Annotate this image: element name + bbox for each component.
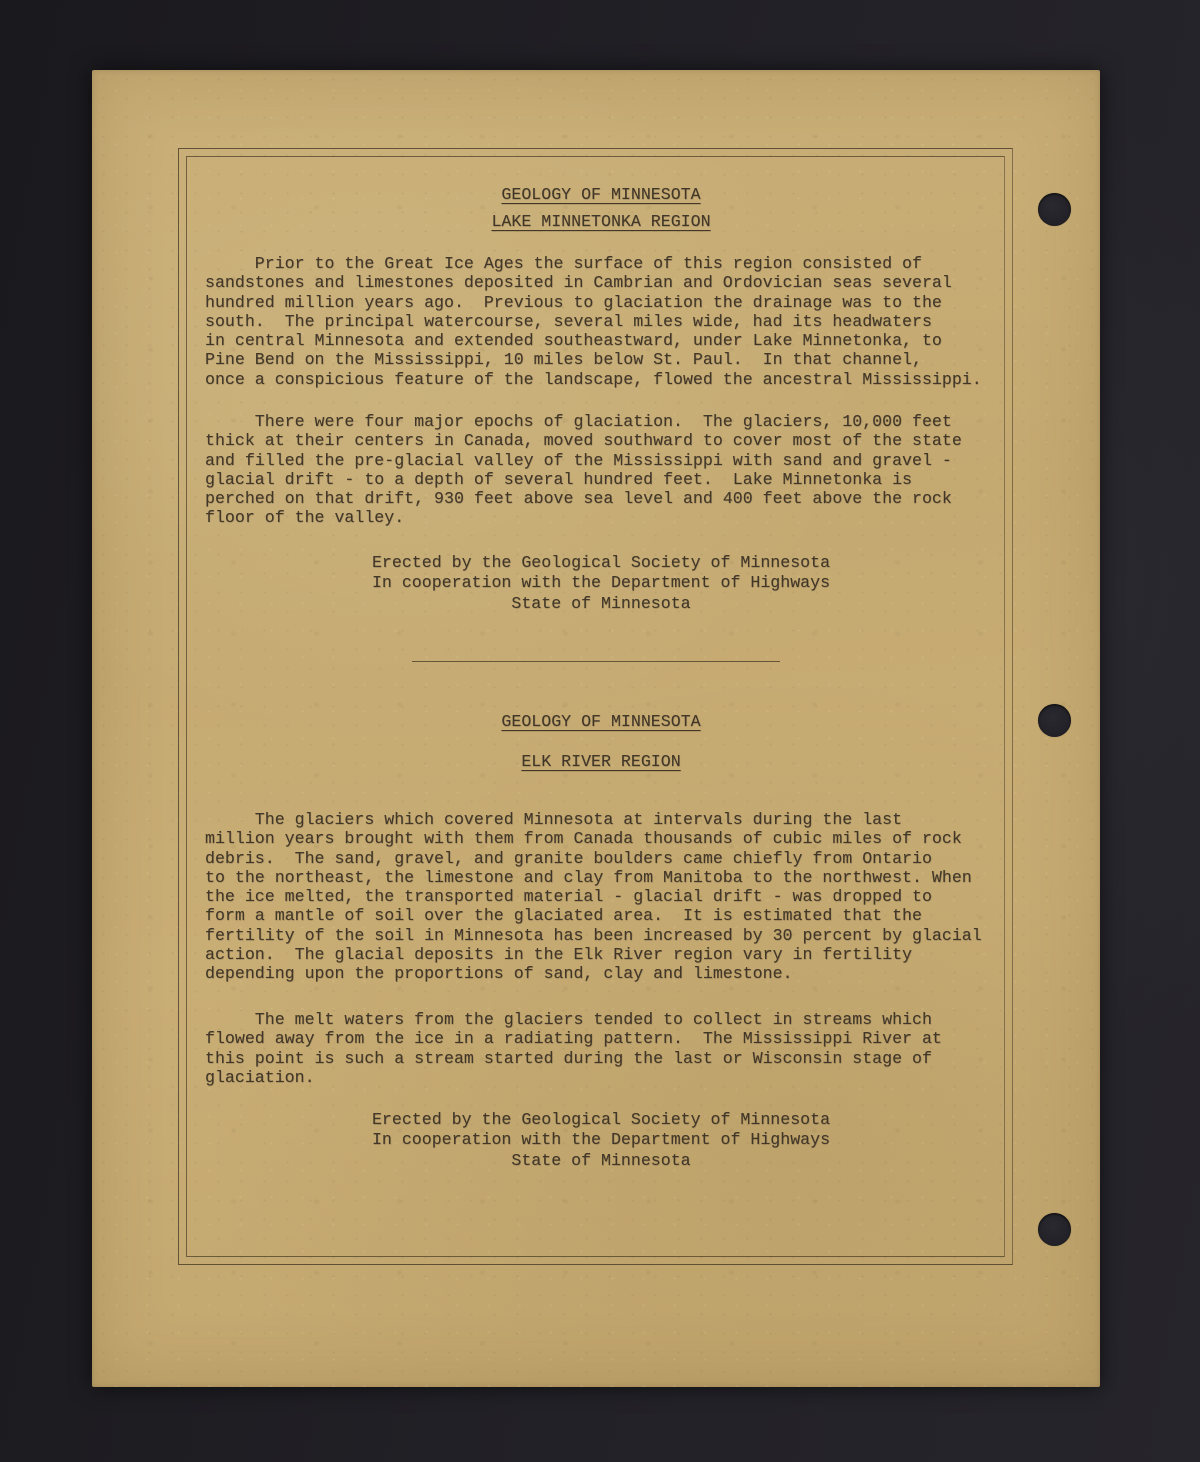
hole-punch-top xyxy=(1038,193,1071,226)
hole-punch-middle xyxy=(1038,704,1071,737)
hole-punch-bottom xyxy=(1038,1213,1071,1246)
section2-paragraph1: The glaciers which covered Minnesota at … xyxy=(205,810,997,984)
section1-subtitle: LAKE MINNETONKA REGION xyxy=(205,212,997,231)
section1-credit: Erected by the Geological Society of Min… xyxy=(205,553,997,614)
section1-paragraph1: Prior to the Great Ice Ages the surface … xyxy=(205,254,997,389)
section-divider xyxy=(412,661,780,662)
section1-paragraph2: There were four major epochs of glaciati… xyxy=(205,412,997,528)
document-page: GEOLOGY OF MINNESOTA LAKE MINNETONKA REG… xyxy=(92,70,1100,1387)
section1-title: GEOLOGY OF MINNESOTA xyxy=(205,185,997,204)
section2-title: GEOLOGY OF MINNESOTA xyxy=(205,712,997,731)
section2-credit: Erected by the Geological Society of Min… xyxy=(205,1110,997,1171)
section2-subtitle: ELK RIVER REGION xyxy=(205,752,997,771)
section2-paragraph2: The melt waters from the glaciers tended… xyxy=(205,1010,997,1087)
